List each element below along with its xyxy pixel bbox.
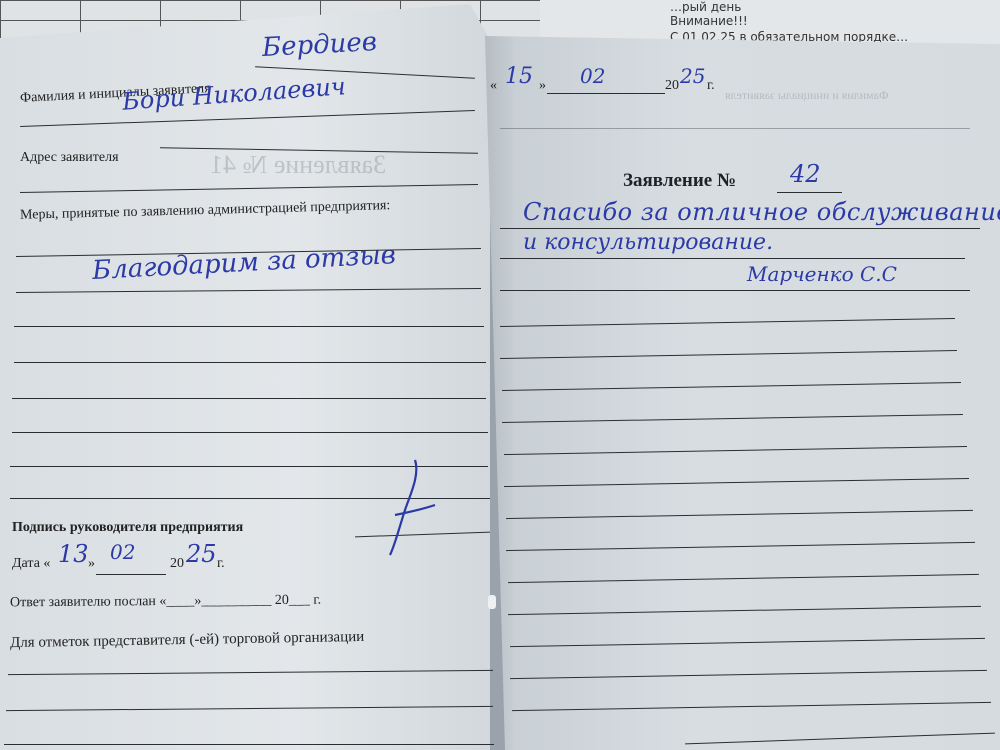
applicant-name-handwriting: Бердиев [261, 27, 377, 63]
date-day-handwriting: 15 [505, 64, 533, 89]
rule-line [12, 398, 486, 399]
date-label: Дата « [12, 556, 50, 572]
date-suffix: г. [707, 78, 715, 94]
bleed-through-text: Заявление № 41 [210, 150, 386, 180]
rule-line [6, 706, 493, 711]
rule-line [506, 542, 975, 551]
rule-line [685, 733, 995, 745]
rule-line [502, 414, 963, 423]
manager-signature [375, 455, 445, 560]
rule-line [500, 318, 955, 327]
rule-line [500, 290, 970, 291]
rule-line [20, 184, 478, 193]
rule-line [20, 110, 475, 127]
notice-line: …рый день [670, 0, 741, 14]
date-quote: » [88, 556, 95, 572]
rule-line [14, 362, 486, 363]
reply-sent-label: Ответ заявителю послан «____»__________ … [10, 593, 321, 612]
applicant-signature-handwriting: Марченко С.С [747, 262, 897, 286]
date-year-handwriting: 25 [680, 64, 705, 88]
left-page: Заявление № 41 Фамилия и инициалы заявит… [0, 0, 490, 750]
statement-number-handwriting: 42 [790, 160, 821, 188]
date-year-prefix: 20 [665, 78, 679, 94]
rule-line [96, 574, 166, 575]
date-month-handwriting: 02 [580, 64, 605, 88]
rule-line [504, 446, 967, 455]
notice-heading: Внимание!!! [670, 14, 748, 28]
rule-line [500, 128, 970, 129]
rule-line [14, 326, 484, 327]
rule-line [547, 93, 665, 94]
rule-line [506, 510, 973, 519]
rule-line [777, 192, 842, 193]
date-year-handwriting: 25 [186, 540, 217, 568]
rule-line [500, 258, 965, 259]
date-close-quote: » [539, 78, 546, 94]
date-suffix: г. [217, 556, 225, 572]
statement-text-handwriting: и консультирование. [523, 230, 773, 255]
date-open-quote: « [490, 78, 497, 94]
statement-text-handwriting: Спасибо за отличное обслуживание [523, 198, 1000, 226]
measures-handwriting: Благодарим за отзыв [91, 240, 396, 286]
statement-title: Заявление № [623, 170, 736, 192]
rule-line [508, 574, 979, 583]
manager-signature-label: Подпись руководителя предприятия [12, 520, 243, 536]
rule-line [500, 228, 980, 229]
date-year-prefix: 20 [170, 556, 184, 572]
right-page: Фамилия и инициалы заявителя « 15 » 02 2… [485, 0, 1000, 750]
binding-staple [488, 595, 496, 609]
rule-line [8, 670, 493, 675]
applicant-name-handwriting: Бори Николаевич [121, 72, 346, 116]
date-month-handwriting: 02 [110, 540, 135, 564]
rule-line [512, 702, 991, 711]
bleed-through-text: Фамилия и инициалы заявителя [725, 88, 889, 103]
rule-line [504, 478, 969, 487]
address-label: Адрес заявителя [20, 150, 119, 166]
measures-label: Меры, принятые по заявлению администраци… [20, 198, 391, 224]
rule-line [510, 670, 987, 679]
rule-line [510, 638, 985, 647]
rule-line [508, 606, 981, 615]
rule-line [502, 382, 961, 391]
rule-line [500, 350, 957, 359]
rule-line [12, 432, 488, 433]
org-notes-label: Для отметок представителя (-ей) торговой… [10, 629, 364, 652]
rule-line [4, 744, 494, 745]
rule-line [16, 288, 481, 293]
date-day-handwriting: 13 [58, 540, 89, 568]
